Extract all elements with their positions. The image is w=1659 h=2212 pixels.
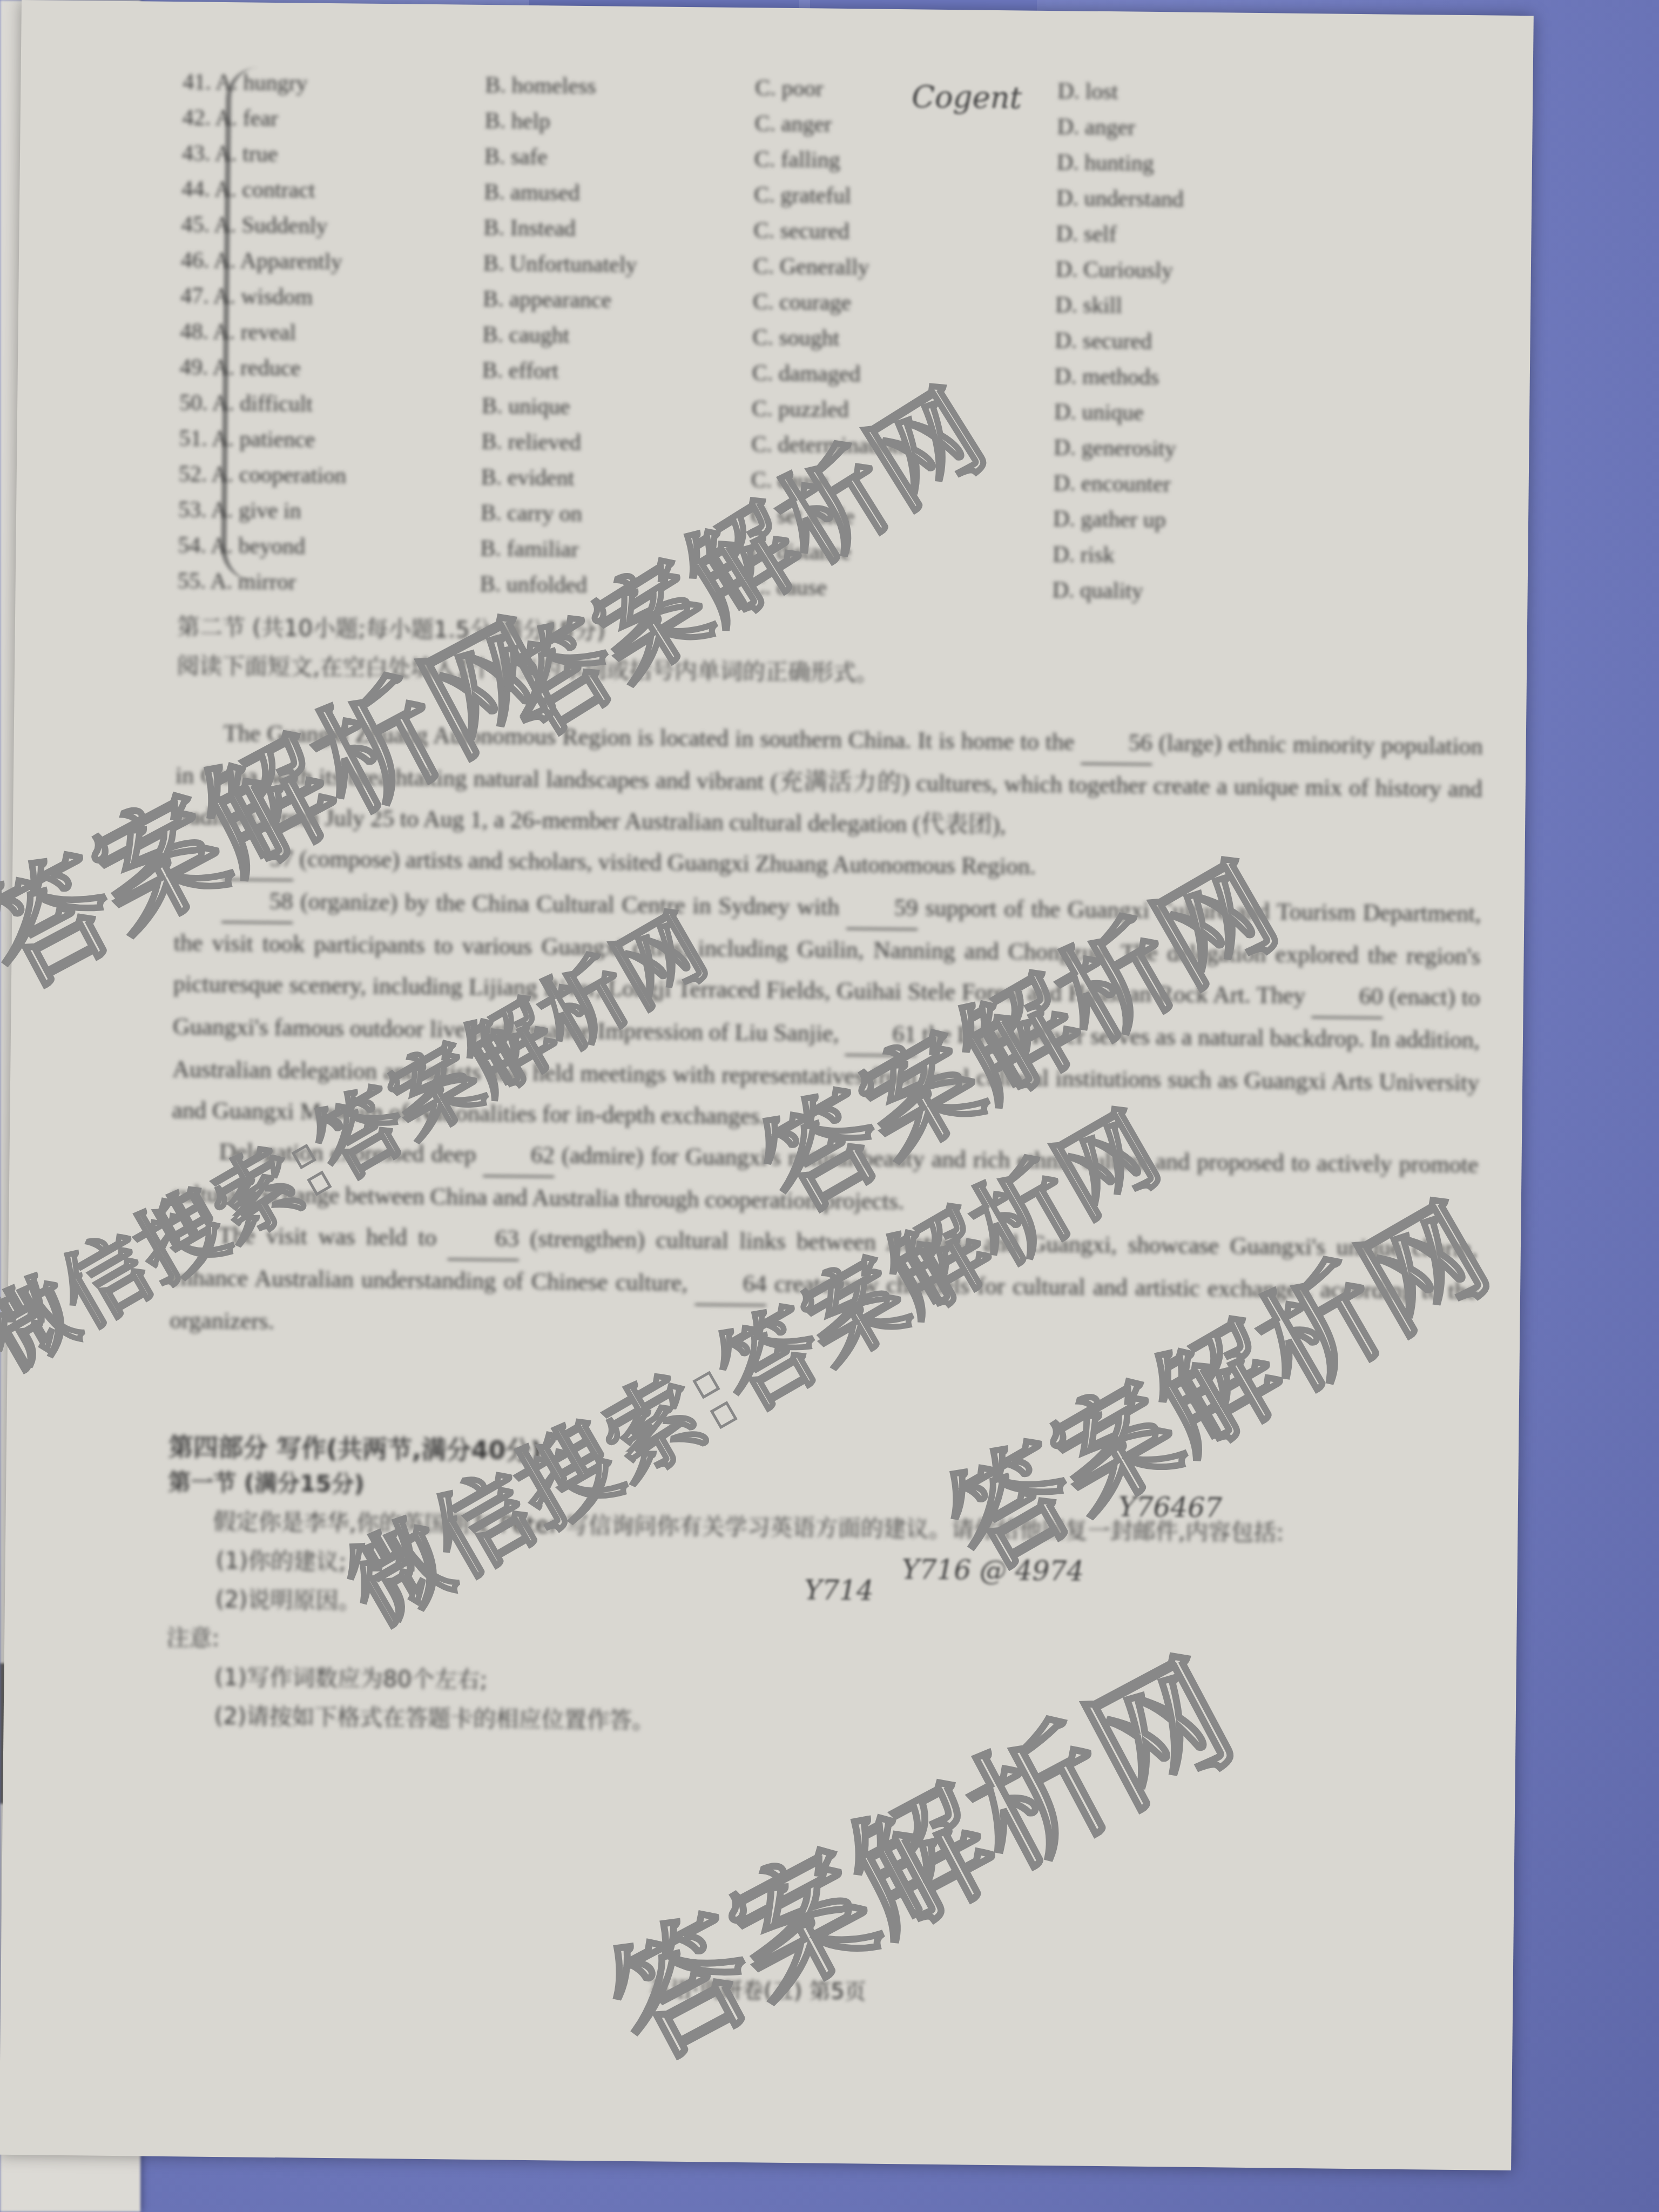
answer-blank: 62 [483, 1134, 555, 1177]
cloze-option-c: C. falling [754, 144, 1057, 178]
cloze-option-d: D. encounter [1053, 468, 1324, 502]
cloze-option-b: B. Instead [483, 212, 754, 246]
cloze-option-b: B. help [484, 105, 755, 139]
cloze-option-d: D. hunting [1057, 147, 1327, 181]
cloze-option-d: D. understand [1056, 183, 1327, 217]
cloze-option-a: 49. A. reduce [180, 352, 483, 386]
cloze-option-c: C. secured [753, 215, 1056, 249]
answer-blank: 63 [448, 1217, 520, 1260]
cloze-option-d: D. skill [1055, 289, 1326, 323]
cloze-option-c: C. grateful [754, 179, 1057, 214]
cloze-option-d: D. secured [1055, 325, 1325, 359]
cloze-option-d: D. lost [1057, 76, 1328, 110]
cloze-option-a: 51. A. patience [179, 423, 482, 457]
cloze-option-d: D. anger [1057, 111, 1327, 145]
answer-blank: 56 [1081, 722, 1152, 765]
cloze-option-d: D. Curiously [1056, 254, 1326, 288]
cloze-option-b: B. homeless [485, 70, 756, 104]
cloze-option-d: D. risk [1053, 539, 1323, 573]
cloze-option-c: C. poor [755, 72, 1058, 107]
cloze-option-a: 48. A. reveal [180, 316, 483, 350]
cloze-option-b: B. appearance [483, 284, 753, 318]
handwritten-note: Y714 [804, 1574, 874, 1606]
cloze-option-a: 41. A. hungry [183, 66, 485, 101]
cloze-option-a: 54. A. beyond [178, 530, 481, 564]
cloze-option-d: D. generosity [1054, 432, 1324, 466]
cloze-option-a: 47. A. wisdom [180, 280, 483, 315]
cloze-option-a: 44. A. contract [181, 173, 484, 208]
cloze-option-a: 45. A. Suddenly [181, 209, 484, 244]
cloze-option-c: C. sought [752, 322, 1055, 356]
cloze-option-d: D. unique [1054, 396, 1325, 430]
cloze-option-d: D. quality [1052, 575, 1323, 609]
cloze-option-d: D. methods [1055, 361, 1325, 395]
cloze-option-a: 55. A. mirror [177, 565, 480, 600]
cloze-option-c: C. Generally [753, 251, 1056, 285]
cloze-option-b: B. unique [482, 390, 752, 424]
cloze-option-a: 53. A. give in [178, 494, 481, 529]
cloze-option-c: C. courage [753, 286, 1056, 321]
cloze-option-b: B. relieved [481, 426, 752, 460]
cloze-option-b: B. effort [482, 355, 753, 389]
cloze-option-a: 42. A. fear [182, 102, 485, 137]
cloze-option-b: B. Unfortunately [483, 248, 754, 282]
answer-blank: 59 [846, 887, 918, 930]
cloze-option-c: C. anger [754, 108, 1057, 143]
answer-blank: 60 [1311, 975, 1383, 1019]
cloze-option-a: 43. A. true [182, 138, 485, 172]
cloze-option-a: 52. A. cooperation [179, 458, 482, 493]
cloze-option-b: B. amused [484, 177, 754, 211]
cloze-option-b: B. caught [482, 319, 753, 353]
cloze-option-d: D. self [1056, 218, 1326, 252]
cloze-option-b: B. safe [484, 141, 755, 175]
cloze-option-a: 50. A. difficult [179, 387, 482, 422]
cloze-option-d: D. gather up [1053, 503, 1324, 537]
cloze-option-a: 46. A. Apparently [181, 245, 484, 279]
